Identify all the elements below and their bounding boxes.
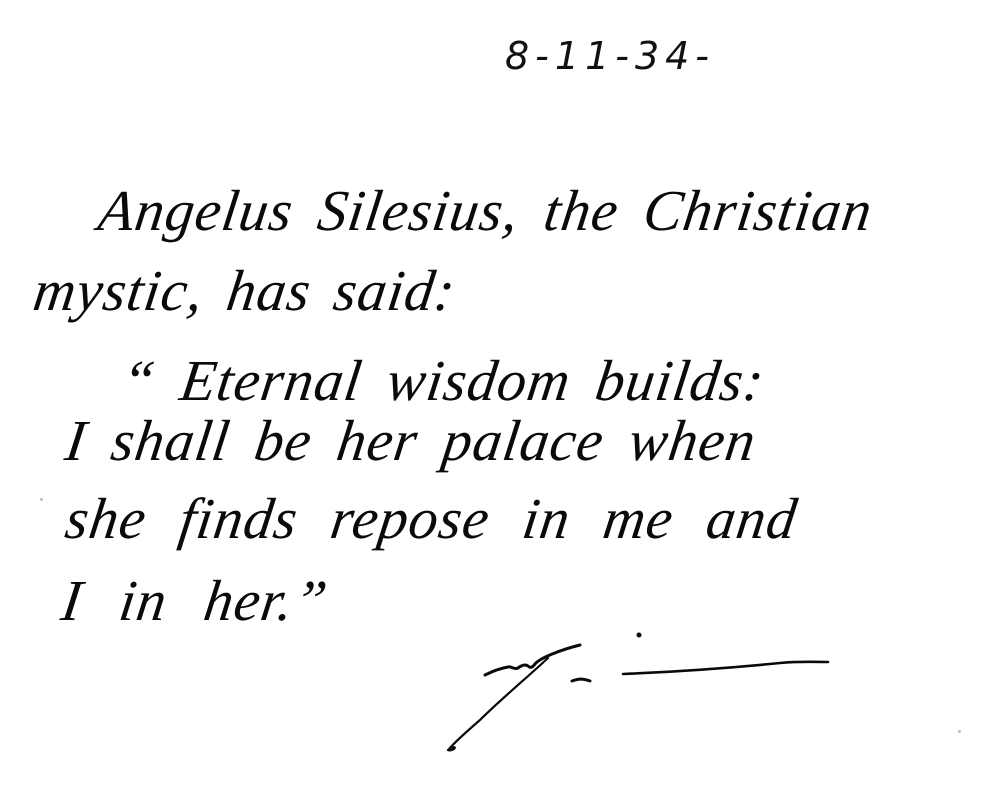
- text-line-2: mystic, has said:: [30, 262, 459, 320]
- paper-speck: [958, 730, 961, 733]
- text-line-6: I in her.”: [58, 572, 331, 630]
- date-heading: 8-11-34-: [505, 34, 715, 78]
- text-line-3: “ Eternal wisdom builds:: [118, 352, 768, 410]
- handwritten-page: 8-11-34- Angelus Silesius, the Christian…: [0, 0, 990, 790]
- text-line-4: I shall be her palace when: [62, 412, 760, 470]
- text-line-1: Angelus Silesius, the Christian: [95, 182, 876, 240]
- signature: [430, 630, 850, 760]
- paper-speck: [40, 498, 43, 501]
- text-line-5: she finds repose in me and: [62, 490, 801, 548]
